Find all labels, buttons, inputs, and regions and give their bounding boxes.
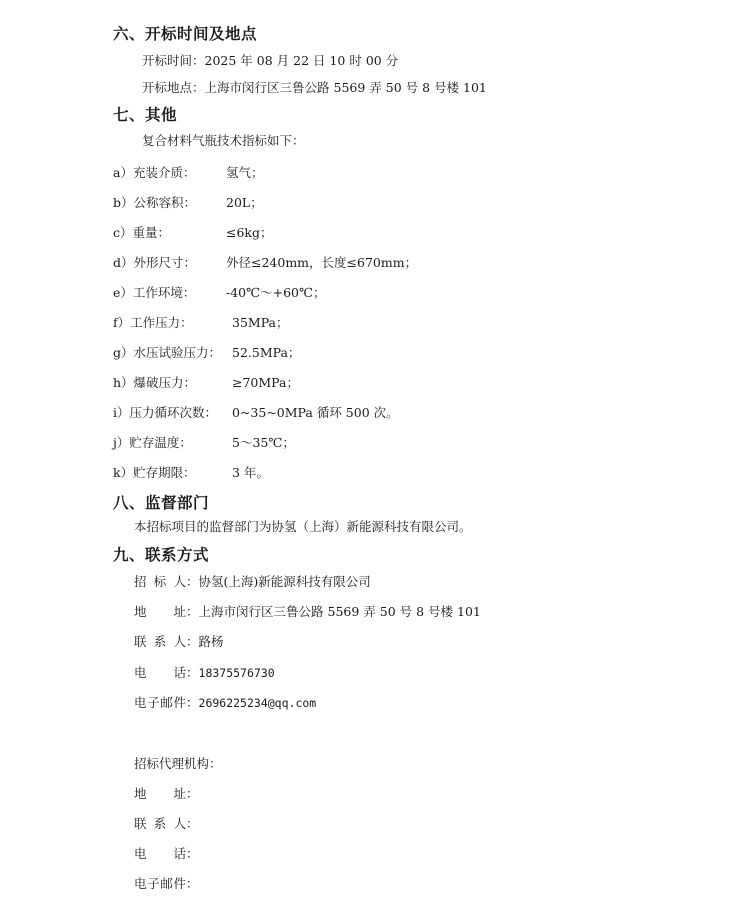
section-9-heading: 九、联系方式	[113, 543, 209, 565]
contact-value: 协氢(上海)新能源科技有限公司	[199, 574, 371, 589]
contact-row: 联系人：路杨	[134, 634, 224, 650]
contact-label: 电子邮件	[134, 876, 186, 892]
bid-opening-time-label: 开标时间：	[142, 53, 205, 68]
contact-label: 电话	[134, 665, 186, 681]
spec-value: 52.5MPa；	[232, 343, 300, 361]
bid-opening-place: 开标地点：上海市闵行区三鲁公路 5569 弄 50 号 8 号楼 101	[142, 80, 487, 96]
spec-label: h）爆破压力：	[113, 373, 196, 391]
section-6-heading: 六、开标时间及地点	[113, 22, 257, 44]
spec-value: 20L；	[226, 193, 263, 211]
contact-row: 地址：上海市闵行区三鲁公路 5569 弄 50 号 8 号楼 101	[134, 604, 481, 620]
contact-row: 电子邮件：2696225234@qq.com	[134, 695, 316, 711]
contact-row: 电子邮件：	[134, 876, 199, 892]
bid-opening-place-value: 上海市闵行区三鲁公路 5569 弄 50 号 8 号楼 101	[205, 80, 487, 95]
spec-label: b）公称容积：	[113, 193, 196, 211]
spec-value: 3 年。	[232, 463, 269, 481]
spec-value: 5～35℃；	[232, 433, 295, 451]
section-7-heading: 七、其他	[113, 103, 177, 125]
contact-label: 地址	[134, 786, 186, 802]
spec-label: a）充装介质：	[113, 163, 195, 181]
spec-label: j）贮存温度：	[113, 433, 192, 451]
spec-label: c）重量：	[113, 223, 170, 241]
supervision-text: 本招标项目的监督部门为协氢（上海）新能源科技有限公司。	[134, 519, 472, 535]
contact-label: 联系人	[134, 816, 186, 832]
spec-value: -40℃～+60℃；	[226, 283, 325, 301]
spec-intro: 复合材料气瓶技术指标如下：	[142, 133, 305, 149]
spec-value: 氢气；	[226, 163, 264, 181]
spec-label: e）工作环境：	[113, 283, 195, 301]
contact-value: 18375576730	[199, 666, 275, 680]
spec-label: i）压力循环次数：	[113, 403, 217, 421]
spec-value: 外径≤240mm，长度≤670mm；	[226, 253, 417, 271]
contact-row: 电话：	[134, 846, 199, 862]
contact-value: 路杨	[199, 634, 224, 649]
bid-opening-time-value: 2025 年 08 月 22 日 10 时 00 分	[205, 53, 399, 68]
contact-label: 招标人	[134, 574, 186, 590]
contact-row: 地址：	[134, 786, 199, 802]
spec-label: f）工作压力：	[113, 313, 193, 331]
spec-value: ≥70MPa；	[232, 373, 299, 391]
contact-label: 地址	[134, 604, 186, 620]
contact-label: 电话	[134, 846, 186, 862]
spec-value: ≤6kg；	[226, 223, 273, 241]
spec-label: d）外形尺寸：	[113, 253, 196, 271]
agency-title: 招标代理机构：	[134, 756, 222, 772]
spec-value: 0~35~0MPa 循环 500 次。	[232, 403, 399, 421]
bid-opening-place-label: 开标地点：	[142, 80, 205, 95]
contact-row: 联系人：	[134, 816, 199, 832]
contact-label: 电子邮件	[134, 695, 186, 711]
spec-label: g）水压试验压力：	[113, 343, 221, 361]
section-8-heading: 八、监督部门	[113, 491, 209, 513]
contact-row: 电话：18375576730	[134, 665, 275, 681]
spec-label: k）贮存期限：	[113, 463, 196, 481]
bid-opening-time: 开标时间：2025 年 08 月 22 日 10 时 00 分	[142, 53, 398, 69]
contact-value: 上海市闵行区三鲁公路 5569 弄 50 号 8 号楼 101	[199, 604, 481, 619]
contact-row: 招标人：协氢(上海)新能源科技有限公司	[134, 574, 371, 590]
spec-value: 35MPa；	[232, 313, 289, 331]
contact-email: 2696225234@qq.com	[199, 696, 317, 710]
contact-label: 联系人	[134, 634, 186, 650]
